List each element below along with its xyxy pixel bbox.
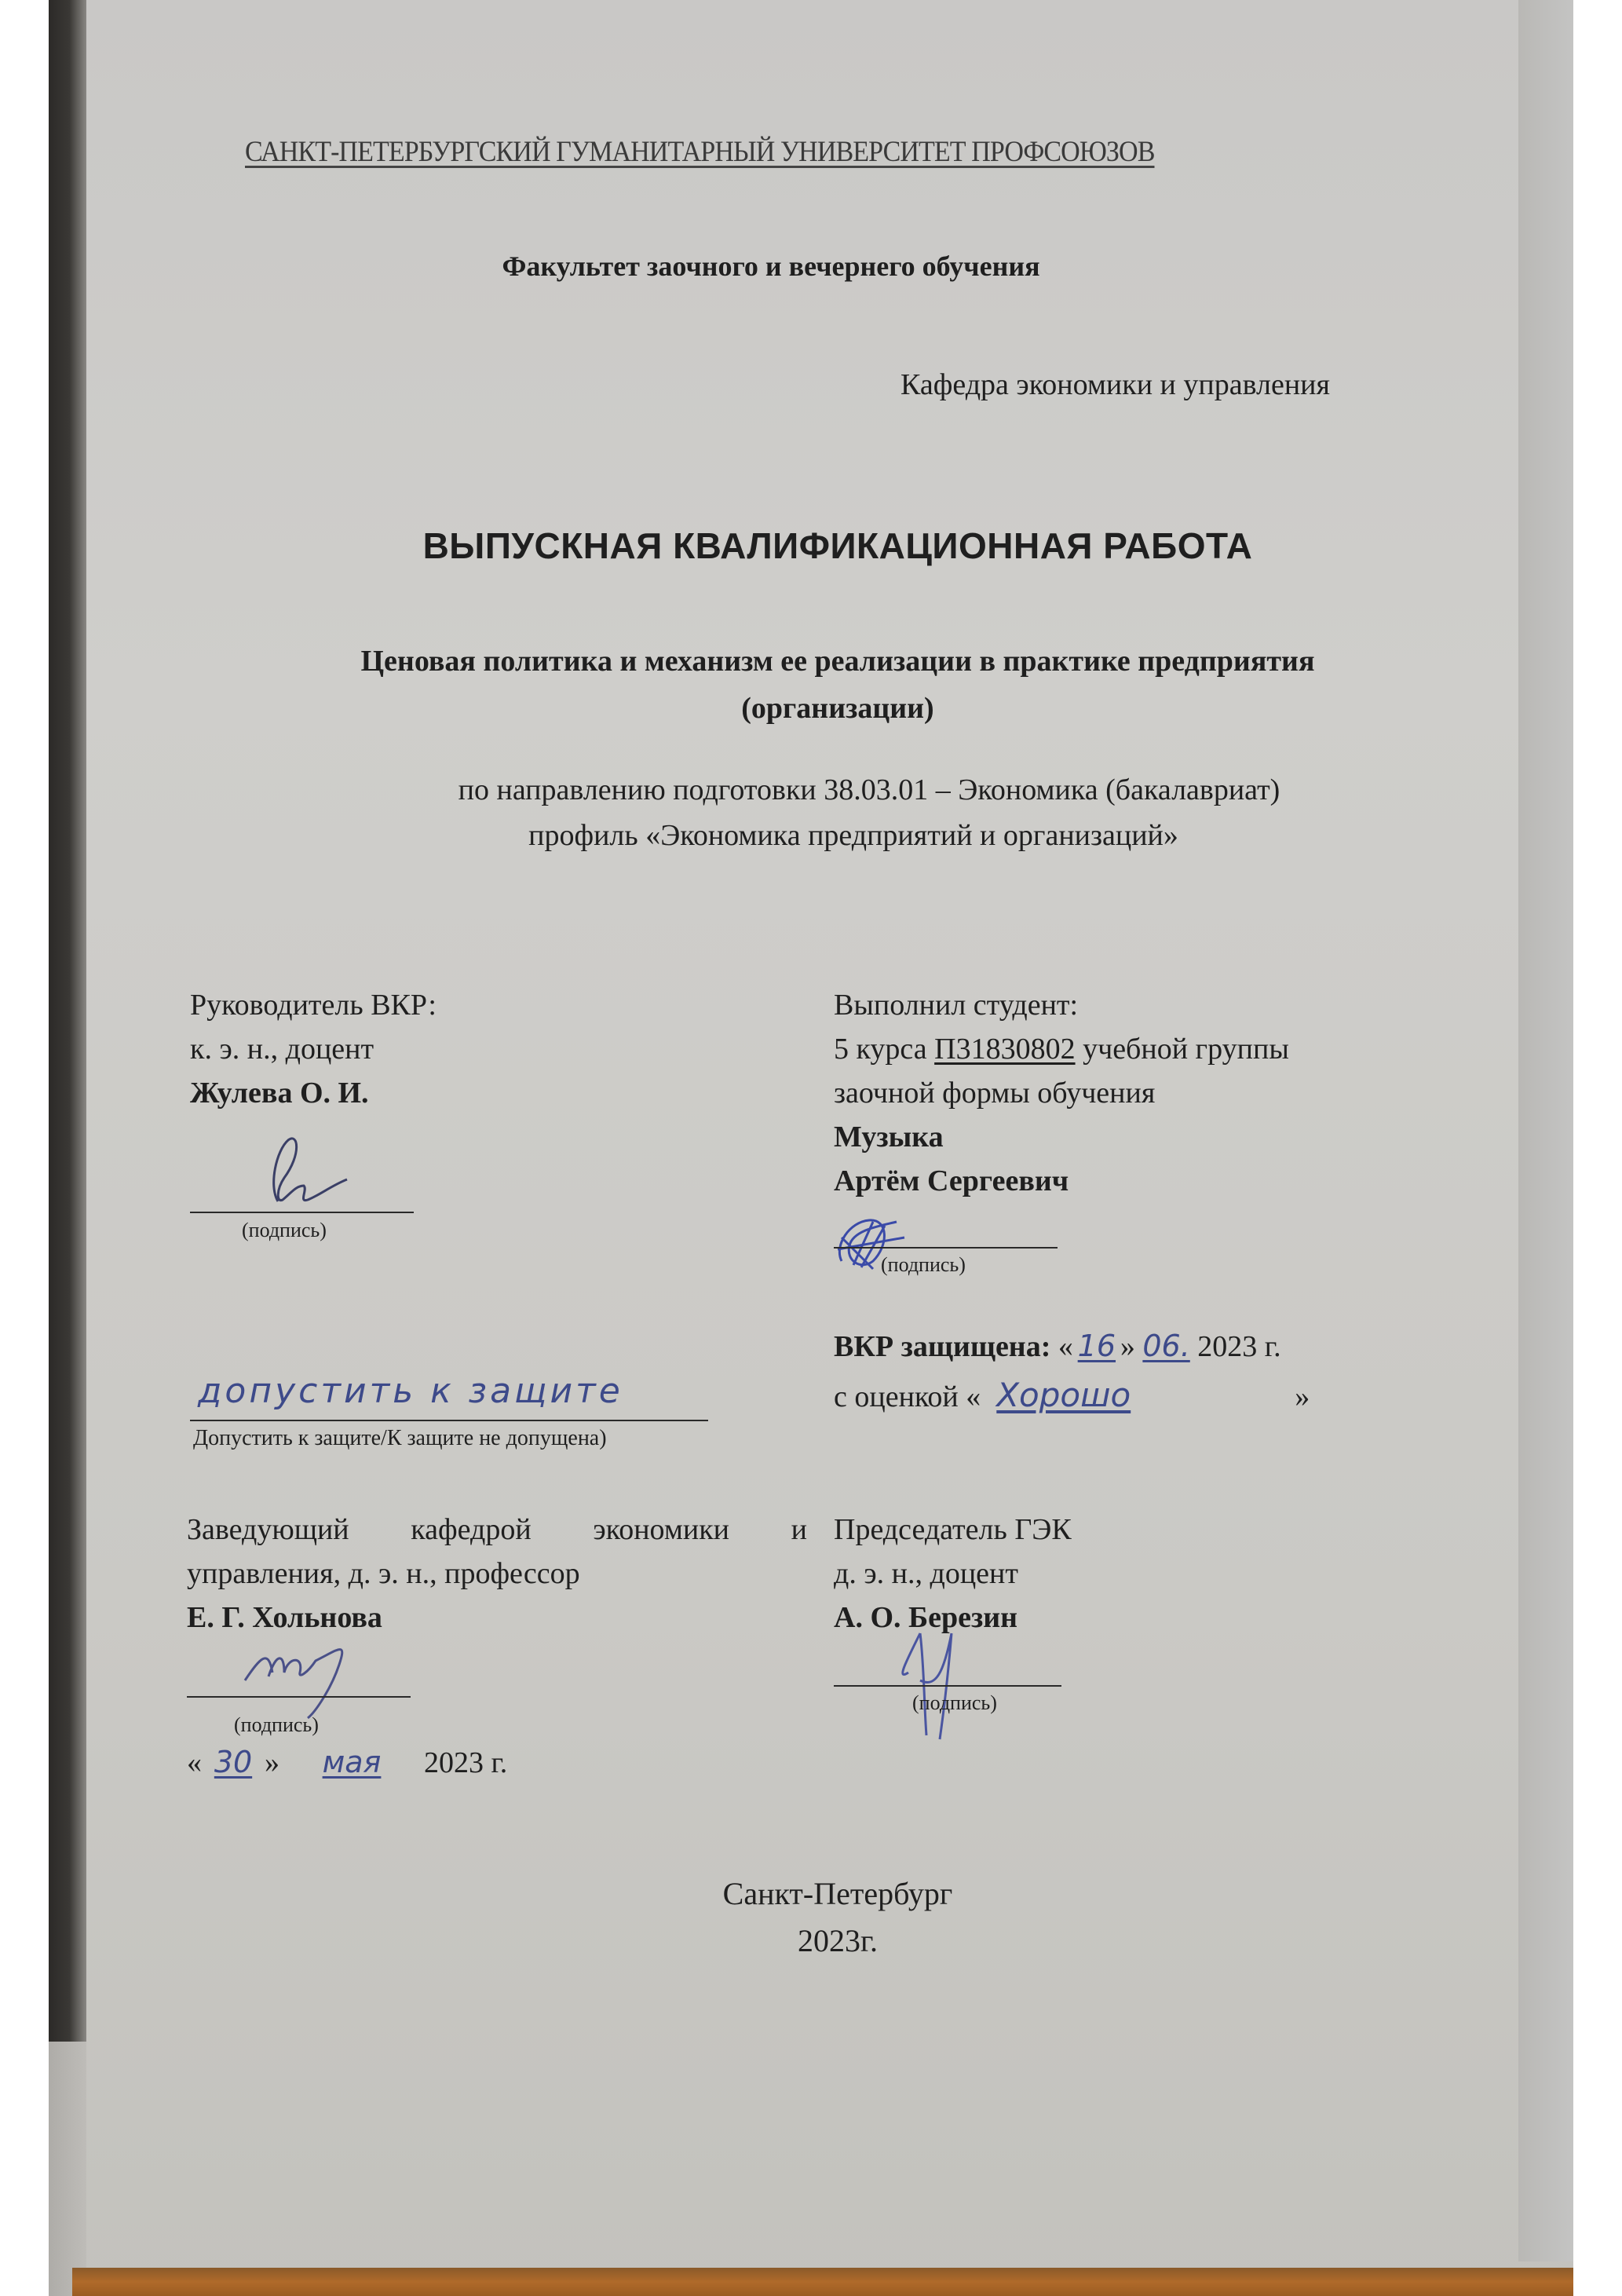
head-date-year: 2023 г. [424, 1746, 507, 1779]
supervisor-signature [229, 1131, 355, 1217]
supervisor-signature-caption: (подпись) [242, 1219, 327, 1242]
head-date-day: 30 [202, 1745, 265, 1779]
supervisor-signature-line [190, 1212, 414, 1213]
head-date-line: «30» мая 2023 г. [187, 1745, 507, 1780]
supervisor-degree: к. э. н., доцент [190, 1032, 374, 1066]
table-surface [72, 2268, 1573, 2296]
grade-close-quote: » [1295, 1380, 1310, 1413]
defense-month: 06. [1142, 1329, 1189, 1363]
university-name: САНКТ-ПЕТЕРБУРГСКИЙ ГУМАНИТАРНЫЙ УНИВЕРС… [245, 135, 1379, 169]
department-name: Кафедра экономики и управления [901, 367, 1330, 402]
defense-grade: Хорошо [981, 1376, 1295, 1414]
defense-date-line: ВКР защищена: «16» 06. 2023 г. [834, 1329, 1281, 1364]
defense-close-quote: » [1120, 1330, 1135, 1363]
head-signature [229, 1633, 386, 1720]
student-heading: Выполнил студент: [834, 988, 1078, 1022]
head-date-open-quote: « [187, 1746, 202, 1779]
head-date-close-quote: » [265, 1746, 279, 1779]
footer-year: 2023г. [135, 1922, 1540, 1959]
defense-label: ВКР защищена: [834, 1330, 1050, 1363]
student-course-line: 5 курса П31830802 учебной группы [834, 1032, 1289, 1066]
study-direction: по направлению подготовки 38.03.01 – Эко… [135, 773, 1540, 807]
defense-year: 2023 г. [1190, 1330, 1281, 1363]
work-type-title: ВЫПУСКНАЯ КВАЛИФИКАЦИОННАЯ РАБОТА [135, 525, 1540, 567]
footer-city: Санкт-Петербург [135, 1875, 1540, 1912]
thesis-topic-line-2: (организации) [135, 691, 1540, 726]
study-profile: профиль «Экономика предприятий и организ… [135, 818, 1540, 853]
student-study-form: заочной формы обучения [834, 1076, 1155, 1110]
grade-label: с оценкой « [834, 1380, 981, 1413]
document-photo: САНКТ-ПЕТЕРБУРГСКИЙ ГУМАНИТАРНЫЙ УНИВЕРС… [49, 0, 1573, 2296]
supervisor-name: Жулева О. И. [190, 1076, 369, 1110]
admission-handwritten: допустить к защите [198, 1371, 623, 1411]
gek-chair-degree: д. э. н., доцент [834, 1556, 1018, 1591]
gek-chair-signature [889, 1618, 983, 1743]
title-page: САНКТ-ПЕТЕРБУРГСКИЙ ГУМАНИТАРНЫЙ УНИВЕРС… [135, 0, 1540, 2261]
gek-chair-title: Председатель ГЭК [834, 1512, 1072, 1547]
defense-grade-line: с оценкой «Хорошо» [834, 1376, 1310, 1414]
gek-chair-signature-line [834, 1685, 1061, 1687]
binder-edge [49, 0, 86, 2042]
head-date-month: мая [287, 1745, 417, 1779]
gek-chair-signature-caption: (подпись) [912, 1691, 997, 1715]
student-group-number: П31830802 [934, 1033, 1075, 1066]
student-signature-caption: (подпись) [881, 1253, 966, 1277]
head-name: Е. Г. Хольнова [187, 1600, 382, 1635]
supervisor-heading: Руководитель ВКР: [190, 988, 437, 1022]
defense-open-quote: « [1050, 1330, 1073, 1363]
admission-caption: Допустить к защите/К защите не допущена) [193, 1426, 607, 1451]
student-given-names: Артём Сергеевич [834, 1164, 1069, 1198]
head-signature-caption: (подпись) [234, 1713, 319, 1737]
head-title-line-2: управления, д. э. н., профессор [187, 1556, 580, 1591]
admission-line [190, 1420, 708, 1421]
student-course-prefix: 5 курса [834, 1033, 934, 1066]
student-signature-line [834, 1247, 1058, 1249]
defense-day: 16 [1073, 1329, 1120, 1363]
student-surname: Музыка [834, 1120, 944, 1154]
head-title-line-1: Заведующий кафедрой экономики и [187, 1512, 807, 1547]
faculty-name: Факультет заочного и вечернего обучения [378, 250, 1164, 283]
student-course-suffix: учебной группы [1076, 1033, 1289, 1066]
thesis-topic-line-1: Ценовая политика и механизм ее реализаци… [135, 644, 1540, 678]
head-signature-line [187, 1696, 411, 1698]
binder-edge-lower [49, 2042, 86, 2296]
